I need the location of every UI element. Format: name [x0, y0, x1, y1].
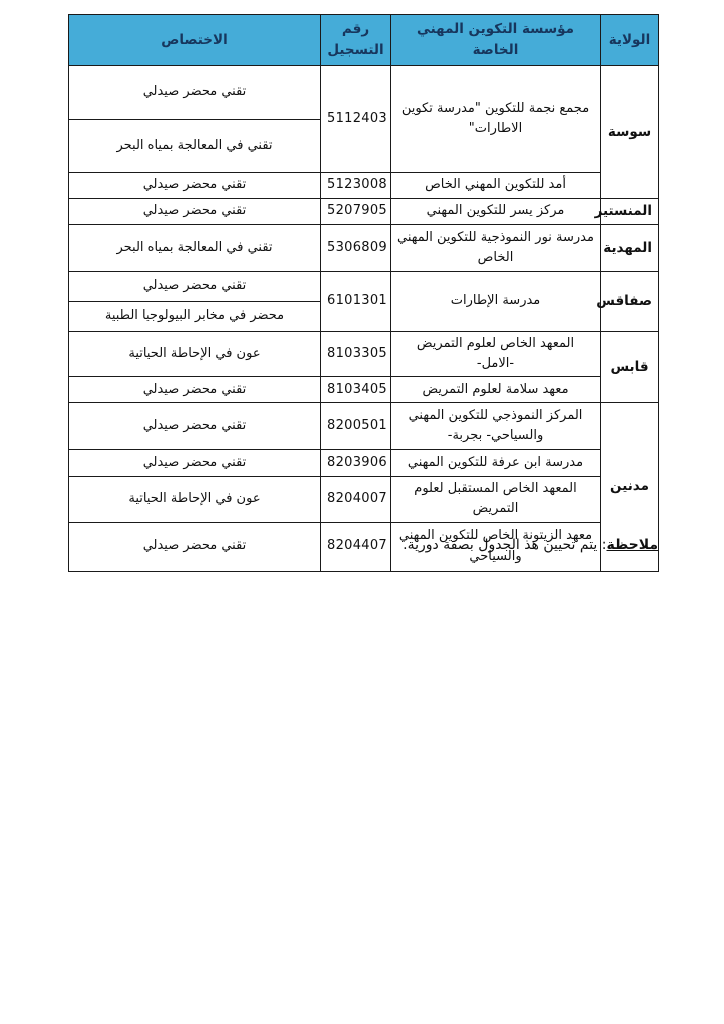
cell-specialty: تقني محضر صيدلي: [69, 173, 321, 199]
cell-specialty: تقني في المعالجة بمياه البحر: [69, 120, 321, 173]
table-row: أمد للتكوين المهني الخاص 5123008 تقني مح…: [69, 173, 659, 199]
cell-wilaya: صفاقس: [601, 272, 659, 332]
cell-institution: مركز يسر للتكوين المهني: [391, 199, 601, 225]
footnote-text: : يتم تحيين هذ الجدول بصفة دورية.: [403, 537, 606, 553]
cell-institution: مدرسة نور النموذجية للتكوين المهني الخاص: [391, 225, 601, 272]
table-row: المنستير مركز يسر للتكوين المهني 5207905…: [69, 199, 659, 225]
footnote-label: ملاحظة: [606, 537, 658, 553]
training-institutions-table-wrap: الولاية مؤسسة التكوين المهني الخاصة رقم …: [68, 14, 658, 572]
header-reg-no: رقم التسجيل: [321, 15, 391, 66]
cell-specialty: عون في الإحاطة الحياتية: [69, 332, 321, 377]
table-row: قابس المعهد الخاص لعلوم التمريض -الامل- …: [69, 332, 659, 377]
cell-institution: مجمع نجمة للتكوين "مدرسة تكوين الاطارات": [391, 66, 601, 173]
table-row: المهدية مدرسة نور النموذجية للتكوين المه…: [69, 225, 659, 272]
cell-reg-no: 6101301: [321, 272, 391, 332]
cell-reg-no: 8103405: [321, 377, 391, 403]
training-institutions-table: الولاية مؤسسة التكوين المهني الخاصة رقم …: [68, 14, 659, 572]
cell-specialty: تقني في المعالجة بمياه البحر: [69, 225, 321, 272]
cell-reg-no: 5112403: [321, 66, 391, 173]
header-row: الولاية مؤسسة التكوين المهني الخاصة رقم …: [69, 15, 659, 66]
header-wilaya: الولاية: [601, 15, 659, 66]
header-institution: مؤسسة التكوين المهني الخاصة: [391, 15, 601, 66]
cell-specialty: تقني محضر صيدلي: [69, 377, 321, 403]
cell-reg-no: 8203906: [321, 450, 391, 477]
cell-wilaya: المنستير: [601, 199, 659, 225]
cell-wilaya: قابس: [601, 332, 659, 403]
cell-specialty: تقني محضر صيدلي: [69, 403, 321, 450]
cell-specialty: تقني محضر صيدلي: [69, 199, 321, 225]
table-row: مدنين المركز النموذجي للتكوين المهني وال…: [69, 403, 659, 450]
cell-reg-no: 8103305: [321, 332, 391, 377]
cell-specialty: عون في الإحاطة الحياتية: [69, 477, 321, 522]
cell-reg-no: 5306809: [321, 225, 391, 272]
cell-institution: أمد للتكوين المهني الخاص: [391, 173, 601, 199]
cell-wilaya: سوسة: [601, 66, 659, 199]
cell-specialty: تقني محضر صيدلي: [69, 272, 321, 302]
cell-institution: المركز النموذجي للتكوين المهني والسياحي-…: [391, 403, 601, 450]
document-page: الولاية مؤسسة التكوين المهني الخاصة رقم …: [0, 0, 724, 1024]
table-row: صفاقس مدرسة الإطارات 6101301 تقني محضر ص…: [69, 272, 659, 302]
cell-specialty: تقني محضر صيدلي: [69, 450, 321, 477]
header-specialty: الاختصاص: [69, 15, 321, 66]
cell-institution: معهد سلامة لعلوم التمريض: [391, 377, 601, 403]
cell-reg-no: 5207905: [321, 199, 391, 225]
cell-institution: المعهد الخاص لعلوم التمريض -الامل-: [391, 332, 601, 377]
cell-specialty: محضر في مخابر البيولوجيا الطبية: [69, 302, 321, 332]
footnote: ملاحظة: يتم تحيين هذ الجدول بصفة دورية.: [68, 537, 658, 553]
cell-institution: مدرسة ابن عرفة للتكوين المهني: [391, 450, 601, 477]
table-row: المعهد الخاص المستقبل لعلوم التمريض 8204…: [69, 477, 659, 522]
cell-institution: المعهد الخاص المستقبل لعلوم التمريض: [391, 477, 601, 522]
cell-wilaya: المهدية: [601, 225, 659, 272]
table-row: مدرسة ابن عرفة للتكوين المهني 8203906 تق…: [69, 450, 659, 477]
table-row: معهد سلامة لعلوم التمريض 8103405 تقني مح…: [69, 377, 659, 403]
cell-reg-no: 5123008: [321, 173, 391, 199]
table-row: سوسة مجمع نجمة للتكوين "مدرسة تكوين الاط…: [69, 66, 659, 120]
cell-reg-no: 8200501: [321, 403, 391, 450]
cell-specialty: تقني محضر صيدلي: [69, 66, 321, 120]
cell-institution: مدرسة الإطارات: [391, 272, 601, 332]
cell-reg-no: 8204007: [321, 477, 391, 522]
